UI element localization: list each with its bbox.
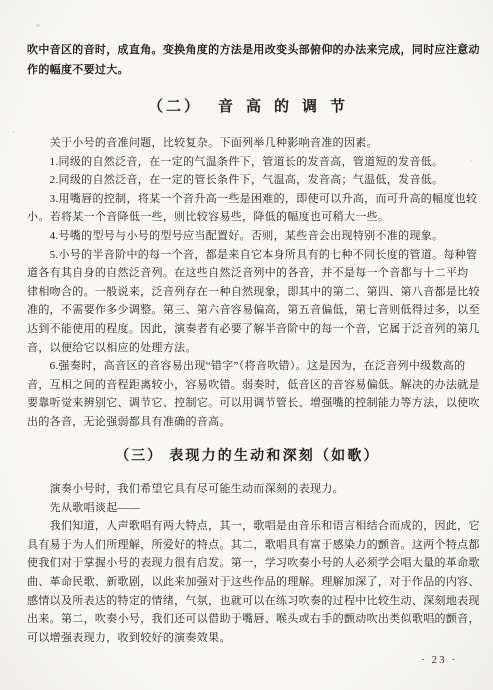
scan-speck bbox=[470, 160, 472, 162]
text-line: 准的，不需要作多少调整。第三、第六音容易偏高，第五音偏低，第七音则低得过多，以至 bbox=[27, 301, 469, 320]
text-line: 出来。第二，吹奏小号，我们还可以借助于嘴唇、喉头或右手的颤动吹出类似歌唱的颤音， bbox=[27, 610, 469, 629]
section-2-heading: （二）音高的调节 bbox=[0, 98, 493, 116]
text-line: 曲、革命民歌、新歌剧，以此来加强对于这些作品的理解。理解加深了，对于作品的内容、 bbox=[27, 573, 469, 592]
text-line: 4.号嘴的型号与小号的型号应当配置好。否则，某些音会出现特别不准的现象。 bbox=[27, 227, 469, 246]
section-3-heading: （三）表现力的生动和深刻（如歌） bbox=[0, 448, 493, 466]
section-3-heading-number: （三） bbox=[115, 449, 163, 464]
text-line: 1.同级的自然泛音，在一定的气温条件下，管道长的发音高，管道短的发音低。 bbox=[27, 153, 469, 172]
text-line: 6.强奏时，高音区的音容易出现“错字”（将音吹错）。这是因为，在泛音列中级数高的 bbox=[27, 357, 469, 376]
text-line: 吹中音区的音时，成直角。变换角度的方法是用改变头部俯仰的办法来完成，同时应注意动 bbox=[27, 41, 469, 61]
section-2-heading-title: 音高的调节 bbox=[218, 99, 358, 115]
section-3-heading-title: 表现力的生动和深刻（如歌） bbox=[169, 449, 380, 464]
text-line: 律相吻合的。一般说来，泛音列存在一种自然现象，即其中的第二、第四、第八音都是比较 bbox=[27, 283, 469, 302]
section-2-heading-number: （二） bbox=[148, 99, 202, 115]
text-line: 具有易于为人们所理解，所爱好的特点。其二，歌唱具有富于感染力的颤音。这两个特点都 bbox=[27, 536, 469, 555]
text-line: 3.用嘴唇的控制，将某一个音升高一些是困难的，即使可以升高，而可升高的幅度也较 bbox=[27, 190, 469, 209]
text-line: 音，以便给它以相应的处理方法。 bbox=[27, 339, 469, 358]
text-line: 5.小号的半音阶中的每一个音，都是来自它本身所具有的七种不同长度的管道。每种管 bbox=[27, 246, 469, 265]
text-line: 小。若将某一个音降低一些，则比较容易些，降低的幅度也可稍大一些。 bbox=[27, 208, 469, 227]
text-line: 先从歌唱谈起—— bbox=[27, 499, 469, 518]
book-page: 吹中音区的音时，成直角。变换角度的方法是用改变头部俯仰的办法来完成，同时应注意动… bbox=[0, 0, 493, 690]
text-line: 可以增强表现力，收到较好的演奏效果。 bbox=[27, 629, 469, 648]
text-line: 2.同级的自然泛音，在一定的管长条件下，气温高，发音高；气温低，发音低。 bbox=[27, 171, 469, 190]
text-line: 要靠听觉来辨别它、调节它、控制它。可以用调节管长、增强嘴的控制能力等方法，以使吹 bbox=[27, 394, 469, 413]
text-line: 演奏小号时，我们希望它具有尽可能生动而深刻的表现力。 bbox=[27, 480, 469, 499]
text-line: 关于小号的音准问题，比较复杂。下面列举几种影响音准的因素。 bbox=[27, 134, 469, 153]
text-line: 道各有其自身的自然泛音列。在这些自然泛音列中的各音，并不是每一个音都与十二平均 bbox=[27, 264, 469, 283]
text-line: 达到不能使用的程度。因此，演奏者有必要了解半音阶中的每一个音，它属于泛音列的第几 bbox=[27, 320, 469, 339]
scan-speck bbox=[12, 131, 15, 133]
text-line: 出的各音，无论强弱都具有准确的音高。 bbox=[27, 413, 469, 432]
section-2-body: 关于小号的音准问题，比较复杂。下面列举几种影响音准的因素。 1.同级的自然泛音，… bbox=[27, 134, 469, 432]
text-line: 我们知道，人声歌唱有两大特点，其一，歌唱是由音乐和语言相结合而成的，因此，它 bbox=[27, 517, 469, 536]
text-line: 使我们对于掌握小号的表现力很有启发。第一，学习吹奏小号的人必须学会唱大量的革命歌 bbox=[27, 554, 469, 573]
text-line: 感情以及所表达的特定的情绪，气氛，也就可以在练习吹奏的过程中比较生动、深刻地表现 bbox=[27, 592, 469, 611]
page-number: · 23 · bbox=[421, 654, 457, 666]
intro-paragraph: 吹中音区的音时，成直角。变换角度的方法是用改变头部俯仰的办法来完成，同时应注意动… bbox=[27, 41, 469, 80]
text-line: 音，互相之间的音程距离较小，容易吹错。弱奏时，低音区的音容易偏低。解决的办法就是 bbox=[27, 376, 469, 395]
section-3-body: 演奏小号时，我们希望它具有尽可能生动而深刻的表现力。 先从歌唱谈起—— 我们知道… bbox=[27, 480, 469, 647]
scan-speck bbox=[36, 24, 40, 27]
text-line: 作的幅度不要过大。 bbox=[27, 61, 469, 81]
